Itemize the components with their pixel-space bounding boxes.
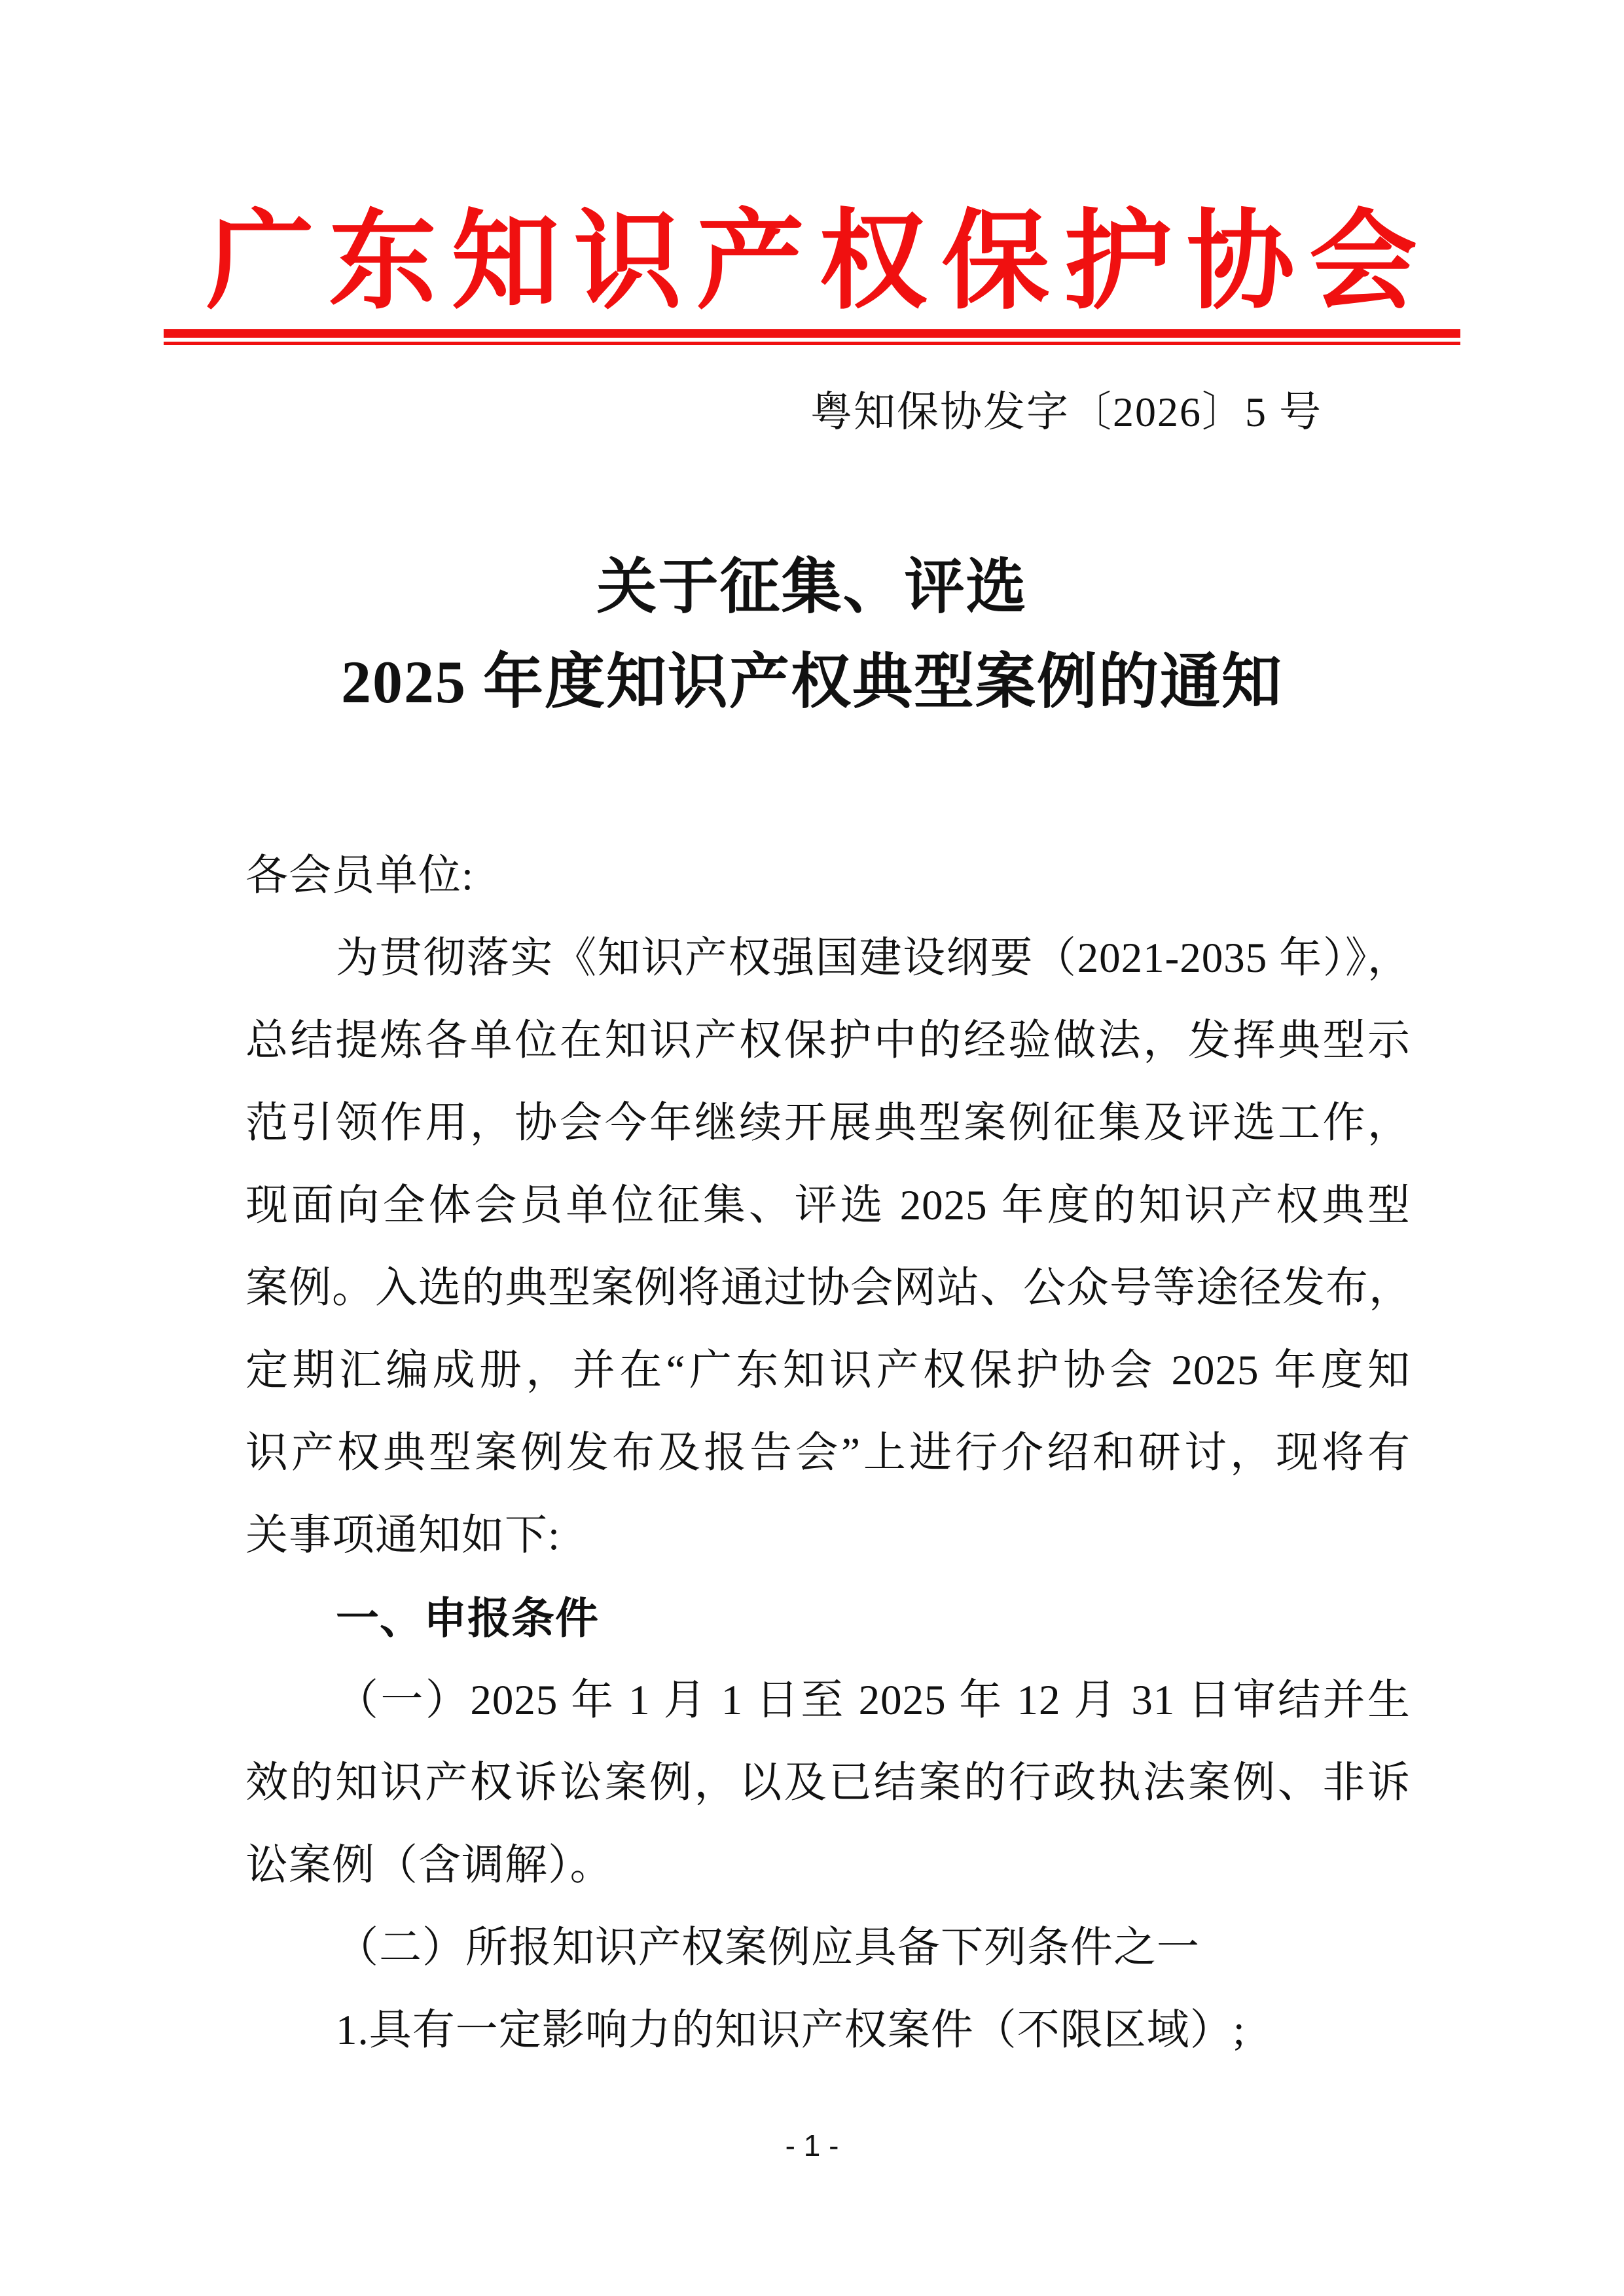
doc-reference-number: 粤知保协发字〔2026〕5 号 [810, 387, 1322, 438]
section-1-heading: 一、申报条件 [245, 1577, 1411, 1659]
para-1-line-5: 案例。入选的典型案例将通过协会网站、公众号等途径发布， [245, 1247, 1411, 1329]
item-1-line-3: 讼案例（含调解）。 [245, 1824, 1411, 1907]
org-name-char: 广 [206, 208, 314, 316]
para-1-line-2: 总结提炼各单位在知识产权保护中的经验做法，发挥典型示 [245, 999, 1411, 1082]
org-name-char: 东 [329, 208, 437, 316]
item-2-line-1: （二）所报知识产权案例应具备下列条件之一 [245, 1907, 1411, 1989]
org-name-char: 协 [1187, 208, 1295, 316]
para-1-line-4: 现面向全体会员单位征集、评选 2025 年度的知识产权典型 [245, 1164, 1411, 1247]
org-name-char: 识 [574, 208, 682, 316]
org-name-banner: 广 东 知 识 产 权 保 护 协 会 [206, 196, 1417, 327]
doc-title-line-2: 2025 年度知识产权典型案例的通知 [0, 651, 1624, 713]
org-name-char: 产 [696, 208, 804, 316]
org-name-char: 保 [941, 208, 1049, 316]
letterhead-rule-thick [164, 329, 1460, 338]
sub-item-1: 1.具有一定影响力的知识产权案件（不限区域）; [245, 1989, 1411, 2072]
para-1-line-8: 关事项通知如下: [245, 1494, 1411, 1577]
org-name-char: 会 [1309, 208, 1417, 316]
para-1-line-6: 定期汇编成册，并在“广东知识产权保护协会 2025 年度知 [245, 1329, 1411, 1412]
para-1-line-3: 范引领作用，协会今年继续开展典型案例征集及评选工作， [245, 1082, 1411, 1164]
salutation: 各会员单位: [245, 834, 1411, 917]
document-page: 广 东 知 识 产 权 保 护 协 会 粤知保协发字〔2026〕5 号 关于征集… [0, 0, 1624, 2296]
org-name-char: 知 [451, 208, 559, 316]
doc-body: 各会员单位: 为贯彻落实《知识产权强国建设纲要（2021-2035 年）》， 总… [245, 834, 1411, 2072]
page-number: - 1 - [0, 2128, 1624, 2162]
org-name-char: 护 [1064, 208, 1172, 316]
doc-title-line-1: 关于征集、评选 [0, 556, 1624, 619]
item-1-line-2: 效的知识产权诉讼案例，以及已结案的行政执法案例、非诉 [245, 1742, 1411, 1824]
para-1-line-1: 为贯彻落实《知识产权强国建设纲要（2021-2035 年）》， [245, 917, 1411, 999]
org-name-char: 权 [819, 208, 927, 316]
doc-title: 关于征集、评选 2025 年度知识产权典型案例的通知 [0, 556, 1624, 713]
para-1-line-7: 识产权典型案例发布及报告会”上进行介绍和研讨，现将有 [245, 1412, 1411, 1494]
item-1-line-1: （一）2025 年 1 月 1 日至 2025 年 12 月 31 日审结并生 [245, 1659, 1411, 1742]
letterhead-rule-thin [164, 342, 1460, 345]
